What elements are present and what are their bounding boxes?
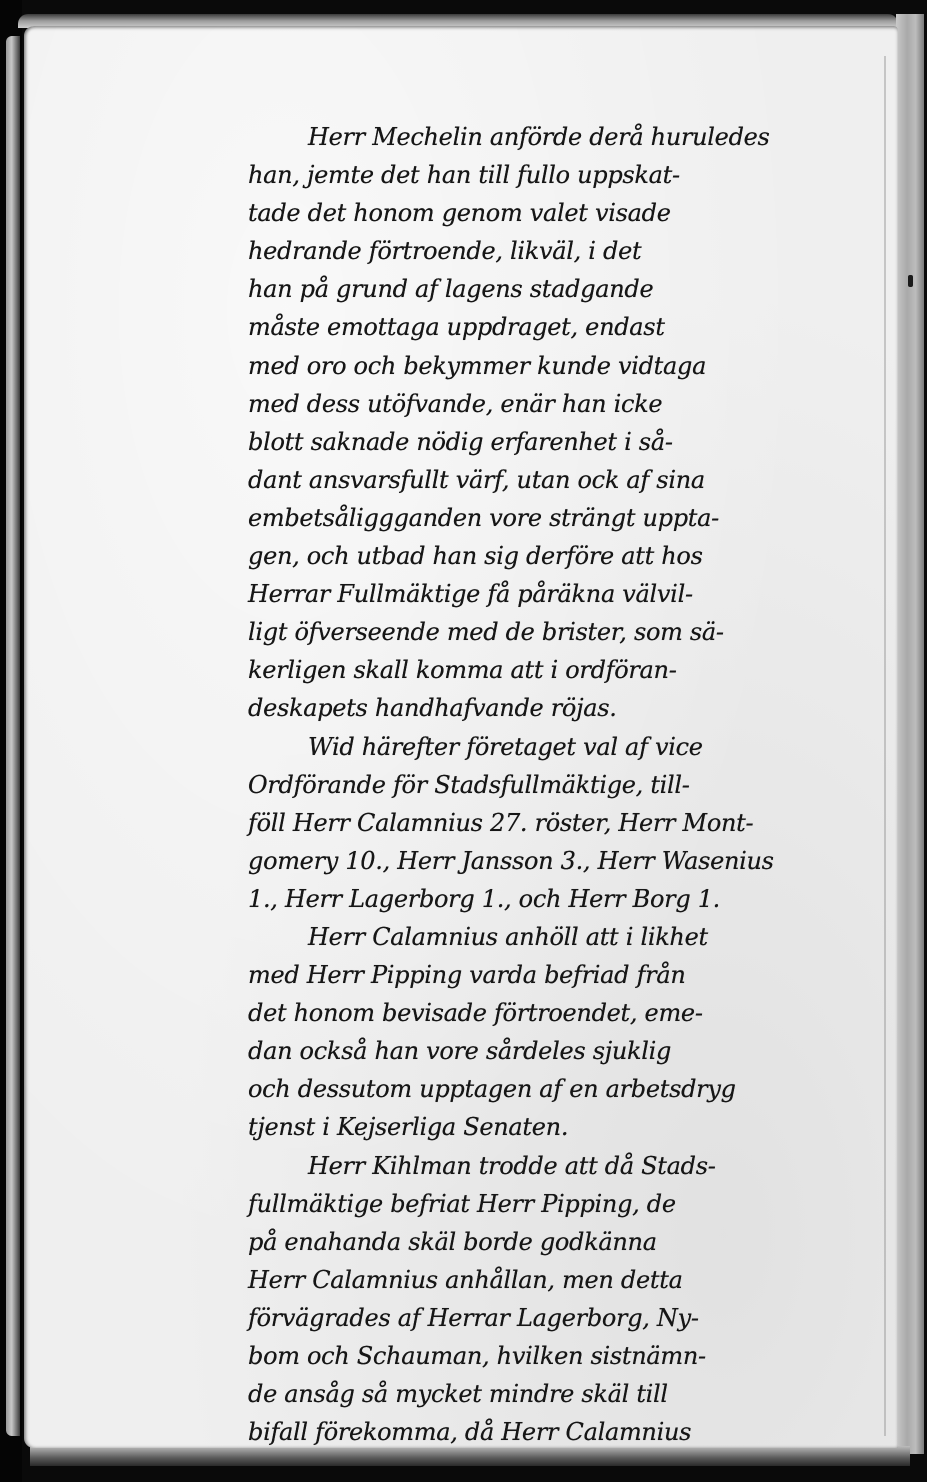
- text-line: måste emottaga uppdraget, endast: [248, 308, 868, 346]
- handwritten-text: Herr Mechelin anförde derå huruledes han…: [248, 118, 868, 1451]
- page-edge-left: [6, 36, 20, 1436]
- text-line: Wid härefter företaget val af vice: [248, 728, 868, 766]
- scanned-page-image: Herr Mechelin anförde derå huruledes han…: [0, 0, 927, 1482]
- ink-mark: [908, 275, 913, 287]
- text-line: Herr Calamnius anhållan, men detta: [248, 1261, 868, 1299]
- text-line: Ordförande för Stadsfullmäktige, till-: [248, 766, 868, 804]
- text-line: på enahanda skäl borde godkänna: [248, 1223, 868, 1261]
- text-line: Herr Kihlman trodde att då Stads-: [248, 1147, 868, 1185]
- text-line: de ansåg så mycket mindre skäl till: [248, 1375, 868, 1413]
- page-edge-right: [896, 14, 924, 1454]
- text-line: dan också han vore sårdeles sjuklig: [248, 1032, 868, 1070]
- text-line: tjenst i Kejserliga Senaten.: [248, 1108, 868, 1146]
- text-line: med oro och bekymmer kunde vidtaga: [248, 347, 868, 385]
- text-line: gen, och utbad han sig derföre att hos: [248, 537, 868, 575]
- text-line: gomery 10., Herr Jansson 3., Herr Waseni…: [248, 842, 868, 880]
- text-line: bom och Schauman, hvilken sistnämn-: [248, 1337, 868, 1375]
- text-line: deskapets handhafvande röjas.: [248, 689, 868, 727]
- text-line: tade det honom genom valet visade: [248, 194, 868, 232]
- text-line: 1., Herr Lagerborg 1., och Herr Borg 1.: [248, 880, 868, 918]
- text-line: bifall förekomma, då Herr Calamnius: [248, 1413, 868, 1451]
- text-line: med Herr Pipping varda befriad från: [248, 956, 868, 994]
- text-line: ligt öfverseende med de brister, som sä-: [248, 613, 868, 651]
- text-line: fullmäktige befriat Herr Pipping, de: [248, 1185, 868, 1223]
- text-line: han, jemte det han till fullo uppskat-: [248, 156, 868, 194]
- text-line: han på grund af lagens stadgande: [248, 270, 868, 308]
- text-line: det honom bevisade förtroendet, eme-: [248, 994, 868, 1032]
- text-line: hedrande förtroende, likväl, i det: [248, 232, 868, 270]
- page-fold-shadow: [884, 56, 886, 1436]
- text-line: Herr Calamnius anhöll att i likhet: [248, 918, 868, 956]
- text-line: Herrar Fullmäktige få påräkna välvil-: [248, 575, 868, 613]
- text-line: och dessutom upptagen af en arbetsdryg: [248, 1070, 868, 1108]
- text-line: dant ansvarsfullt värf, utan ock af sina: [248, 461, 868, 499]
- text-line: med dess utöfvande, enär han icke: [248, 385, 868, 423]
- text-line: föll Herr Calamnius 27. röster, Herr Mon…: [248, 804, 868, 842]
- text-line: embetsåliggganden vore strängt uppta-: [248, 499, 868, 537]
- text-line: blott saknade nödig erfarenhet i så-: [248, 423, 868, 461]
- text-line: Herr Mechelin anförde derå huruledes: [248, 118, 868, 156]
- text-line: kerligen skall komma att i ordföran-: [248, 651, 868, 689]
- text-line: förvägrades af Herrar Lagerborg, Ny-: [248, 1299, 868, 1337]
